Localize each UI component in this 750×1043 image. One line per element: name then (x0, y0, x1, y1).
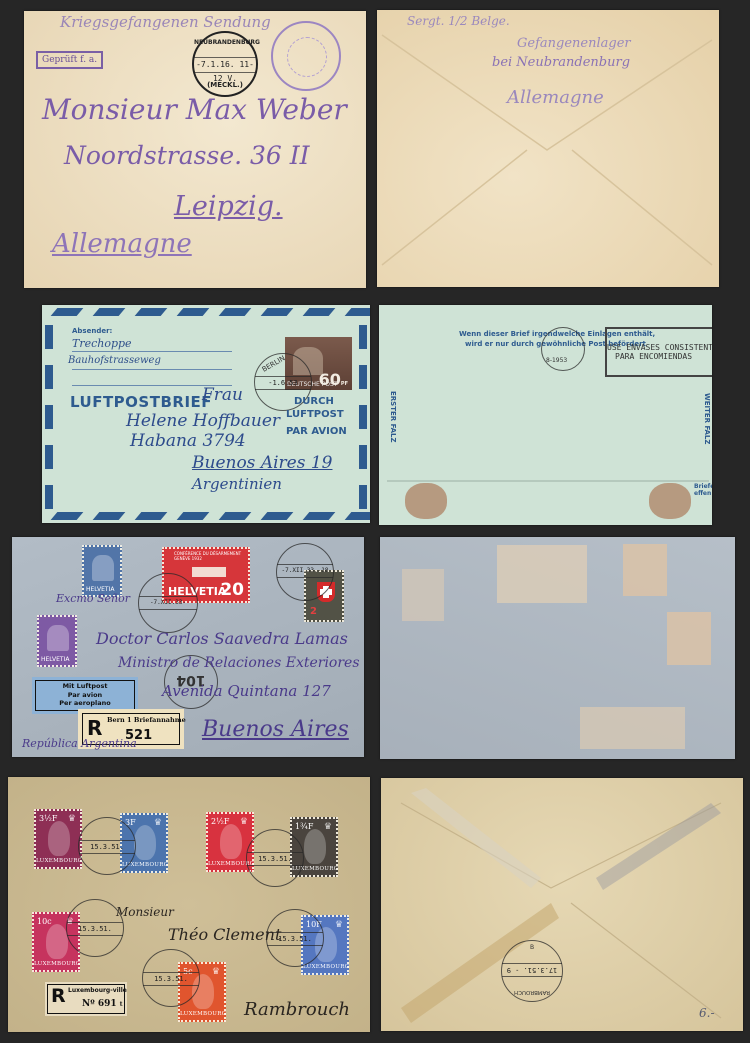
bern-postmark-1: -7.XII.33- (138, 573, 198, 633)
cover-2-front: Absender: Trechoppe Bauhofstrasseweg LUF… (42, 305, 370, 523)
address-line-4: Allemagne (52, 229, 192, 259)
sender-line-4: Allemagne (507, 87, 604, 108)
arrival-postmark: 8-1953 (541, 327, 585, 371)
address-line-6: República Argentina (22, 737, 137, 750)
address-line-3: Ministro de Relaciones Exteriores (118, 655, 360, 671)
registration-label: R Luxembourg-ville Nº 691 t (45, 982, 127, 1016)
lux-postmark-5: 15.3.51. (142, 949, 200, 1007)
cover-4-back: B 17.3.51. - 9 RAMBROUCH 6.- (381, 778, 743, 1031)
address-line-1: Monsieur Max Weber (42, 93, 347, 126)
lux-postmark-2: 15.3.51. (246, 829, 304, 887)
address-line-2: Théo Clement (168, 925, 281, 944)
envelope-flap-lines (377, 10, 719, 287)
service-line-2: LUFTPOST (286, 409, 344, 420)
address-line-1: Frau (202, 385, 243, 405)
envelope-flap-lines (381, 778, 743, 1031)
address-line-5: Buenos Aires (202, 717, 349, 742)
form-title: LUFTPOSTBRIEF (70, 393, 212, 411)
address-line-4: Avenida Quintana 127 (162, 682, 331, 700)
sender-line-1: Trechoppe (72, 337, 132, 350)
slogan-cancel: USE ENVASES CONSISTENTES PARA ENCOMIENDA… (605, 327, 712, 377)
pencil-note: 6.- (699, 1006, 715, 1020)
address-line-1: Excmo Señor (56, 592, 130, 605)
address-line-3: Habana 3794 (130, 431, 246, 451)
address-line-2: Helene Hoffbauer (126, 411, 280, 431)
glue-tab-left (405, 483, 447, 519)
address-line-2: Noordstrasse. 36 II (64, 141, 310, 170)
cover-3-front: HELVETIA CONFÉRENCE DU DÉSARMEMENT GENÈV… (12, 537, 364, 757)
address-line-2: Doctor Carlos Saavedra Lamas (96, 629, 348, 648)
cover-1-front: Kriegsgefangenen Sendung Geprüft f. a. N… (24, 11, 366, 288)
sender-line-3: bei Neubrandenburg (492, 55, 630, 70)
postmark: NEUBRANDENBURG -7.1.16. 11-12 V. (MECKL.… (192, 31, 258, 97)
cover-3-back (380, 537, 735, 759)
camp-seal (271, 21, 341, 91)
top-note: Kriegsgefangenen Sendung (60, 13, 271, 31)
stamp-offset-2 (497, 545, 587, 603)
address-line-3: Leipzig. (174, 191, 283, 222)
sender-line-2: Gefangenenlager (517, 36, 631, 51)
stamp-offset-5 (580, 707, 685, 749)
service-line-3: PAR AVION (286, 426, 347, 437)
stamp-offset-4 (667, 612, 711, 665)
stamp-offset-3 (623, 544, 667, 596)
cover-1-back: Sergt. 1/2 Belge. Gefangenenlager bei Ne… (377, 10, 719, 287)
flap-text: Briefeseffen (694, 483, 712, 497)
address-line-3: Rambrouch (244, 999, 350, 1020)
address-line-1: Monsieur (116, 905, 174, 919)
cover-2-back: Wenn dieser Brief irgendwelche Einlagen … (379, 305, 712, 525)
glue-tab-right (649, 483, 691, 519)
sender-label: Absender: (72, 327, 112, 335)
stamp-helvetia-17: HELVETIA (37, 615, 77, 667)
rambrouch-postmark: B 17.3.51. - 9 RAMBROUCH (501, 940, 563, 1002)
fold-right: WEITER FALZ (703, 393, 711, 444)
address-line-4: Buenos Aires 19 (192, 453, 332, 473)
censor-box: Geprüft f. a. (36, 51, 103, 69)
bern-postmark-2: -7.XII.33.-18 (276, 543, 334, 601)
cover-4-front: 3½F♛LUXEMBOURG3F♛LUXEMBOURG2½F♛LUXEMBOUR… (8, 777, 370, 1032)
sender-line-1: Sergt. 1/2 Belge. (407, 14, 510, 28)
stamp-luxembourg: 3½F♛LUXEMBOURG (34, 809, 82, 869)
fold-left: ERSTER FALZ (389, 391, 397, 443)
stamp-helvetia-30: HELVETIA (82, 545, 122, 597)
sender-line-2: Bauhofstrasseweg (68, 355, 161, 366)
address-line-5: Argentinien (192, 475, 282, 493)
lux-postmark-1: 15.3.51. (78, 817, 136, 875)
service-line-1: DURCH (294, 396, 334, 407)
stamp-offset-1 (402, 569, 444, 621)
